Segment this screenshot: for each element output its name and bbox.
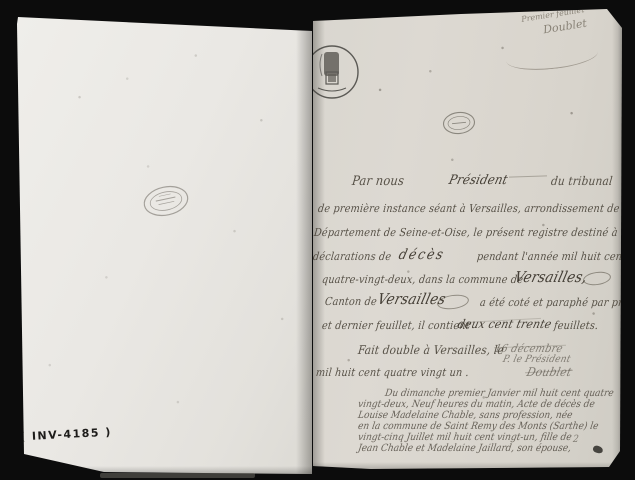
act-line: Louise Madelaine Chable, sans profession…	[357, 410, 573, 421]
archival-photo: ( INV-4185 ) Premier feuillet Doublet Pa…	[0, 0, 635, 480]
president-flourish	[509, 175, 547, 177]
register-president: Président	[447, 173, 509, 188]
register-par-nous: Par nous	[351, 174, 405, 189]
register-pendant: pendant l'année mil huit cent	[476, 250, 627, 263]
register-line9: mil huit cent quatre vingt un .	[315, 366, 469, 379]
act-line: Jean Chable et Madelaine Jaillard, son é…	[357, 443, 572, 454]
ink-blob	[592, 445, 604, 455]
gutter-shadow-left	[296, 24, 312, 476]
register-du-tribunal: du tribunal	[550, 174, 613, 188]
act-line: en la commune de Saint Remy des Monts (S…	[357, 421, 599, 432]
pencil-flourish	[505, 39, 599, 73]
register-line8a: Fait double à Versailles, le	[357, 343, 504, 357]
corner-mark: 2	[572, 434, 579, 445]
paper-speckles	[14, 14, 312, 476]
right-page: Premier feuillet Doublet Par nous Présid…	[311, 6, 625, 472]
oval-timbre-stamp-icon	[441, 109, 477, 136]
round-timbre-stamp-icon	[304, 42, 360, 102]
register-declarations-de: déclarations de	[312, 250, 392, 263]
signature-title: P. le Président	[502, 354, 572, 365]
register-commune: Versailles,	[513, 268, 589, 286]
oval-ink-stamp-icon	[139, 179, 193, 222]
register-deces: décès	[397, 247, 446, 263]
act-line: vingt-cinq Juillet mil huit cent vingt-u…	[357, 432, 572, 443]
register-line3: Département de Seine-et-Oise, le présent…	[313, 226, 635, 239]
act-line: Du dimanche premier Janvier mil huit cen…	[384, 388, 614, 399]
register-line2: de première instance séant à Versailles,…	[317, 202, 635, 215]
inventory-number: ( INV-4185 )	[20, 426, 112, 444]
register-line6c: a été coté et paraphé par premier	[479, 296, 635, 309]
register-line7a: et dernier feuillet, il contient	[321, 319, 470, 332]
left-page: ( INV-4185 )	[14, 14, 312, 476]
register-line7c: feuillets.	[553, 319, 599, 332]
register-line5a: quatre-vingt-deux, dans la commune de	[321, 273, 524, 286]
page-stack-edge	[100, 473, 255, 478]
register-canton-de: Canton de	[324, 295, 377, 308]
act-line: vingt-deux, Neuf heures du matin, Acte d…	[357, 399, 595, 410]
page-bottom-shadow	[311, 462, 625, 472]
page-stack-edge-shadow	[612, 6, 625, 472]
